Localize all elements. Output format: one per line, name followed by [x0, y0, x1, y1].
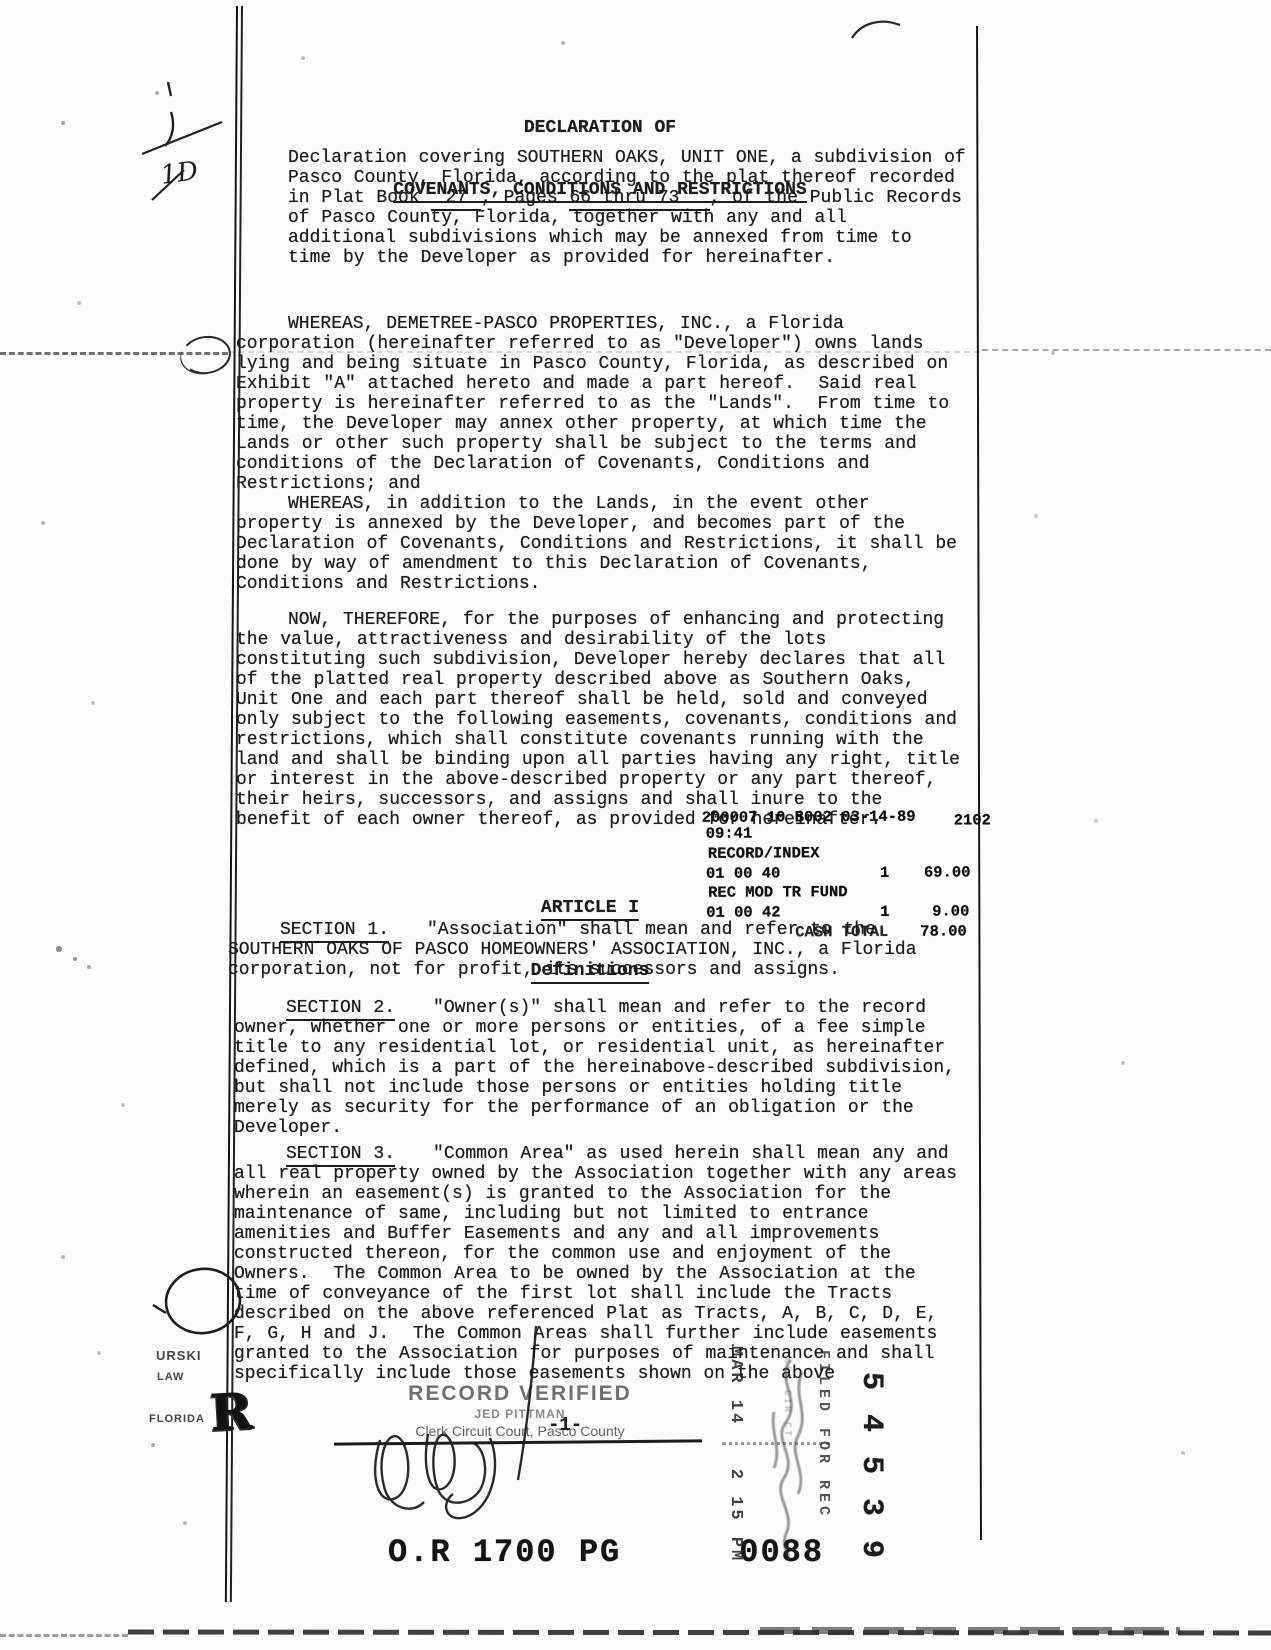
intro-paragraph: Declaration covering SOUTHERN OAKS, UNIT… — [288, 148, 966, 268]
fold-line-right — [982, 349, 1271, 351]
or-line-fade — [380, 1564, 860, 1578]
receipt-amount-1: 69.00 — [924, 863, 971, 881]
pen-curve-topright — [848, 16, 908, 48]
intro-text-2: , Pages — [481, 188, 569, 208]
now-therefore-paragraph: NOW, THEREFORE, for the purposes of enha… — [236, 610, 964, 830]
filed-date-stamp: MAR 14 2 15 PM — [725, 1346, 745, 1563]
receipt-code-2: 01 00 42 — [706, 903, 781, 921]
bottom-scan-line-left — [0, 1634, 128, 1637]
initial-stamp-r: R — [208, 1381, 253, 1442]
section-2-paragraph: SECTION 2."Owner(s)" shall mean and refe… — [234, 998, 966, 1138]
title-line1: DECLARATION OF — [238, 118, 962, 138]
receipt-ref-number: 2102 — [954, 811, 991, 829]
margin-text-urski: URSKI — [156, 1348, 201, 1363]
receipt-qty-1: 1 — [880, 864, 889, 882]
receipt-total-amount: 78.00 — [920, 922, 967, 940]
bottom-scan-line-right — [760, 1627, 1180, 1634]
receipt-fund-label: REC MOD TR FUND — [708, 883, 848, 902]
receipt-time: 09:41 — [706, 825, 753, 843]
margin-text-law: LAW — [157, 1371, 184, 1383]
section-3-text: "Common Area" as used herein shall mean … — [234, 1144, 969, 1384]
section-3-paragraph: SECTION 3."Common Area" as used herein s… — [234, 1144, 970, 1384]
receipt-code-1: 01 00 40 — [706, 864, 781, 882]
file-number-stamp: 54539 — [854, 1372, 888, 1582]
scanned-document-page: 1D DECLARATION OF COVENANTS, CONDITIONS … — [0, 0, 1271, 1650]
right-page-edge-rule — [976, 26, 982, 1540]
whereas-paragraph-1: WHEREAS, DEMETREE-PASCO PROPERTIES, INC.… — [236, 314, 964, 494]
ink-smudge — [762, 1352, 814, 1562]
receipt-amount-2: 9.00 — [932, 902, 969, 920]
pen-circle-mark — [179, 333, 234, 378]
whereas-paragraph-2: WHEREAS, in addition to the Lands, in th… — [236, 494, 964, 594]
clerk-signature — [350, 1318, 590, 1518]
article-heading: ARTICLE I — [541, 898, 639, 921]
receipt-total-label: CASH TOTAL — [795, 923, 888, 941]
filed-for-record-stamp: FILED FOR REC — [815, 1350, 832, 1519]
receipt-record-index-label: RECORD/INDEX — [708, 844, 820, 863]
pen-loop-mark — [145, 1253, 245, 1348]
margin-text-florida: FLORIDA — [149, 1413, 205, 1425]
receipt-qty-2: 1 — [880, 903, 889, 921]
recorder-receipt-stamp: 200007 10 B002 03-14-89 2102 09:41 RECOR… — [700, 807, 1011, 951]
scan-speckles — [0, 0, 2, 2]
section-2-text: "Owner(s)" shall mean and refer to the r… — [234, 998, 967, 1138]
